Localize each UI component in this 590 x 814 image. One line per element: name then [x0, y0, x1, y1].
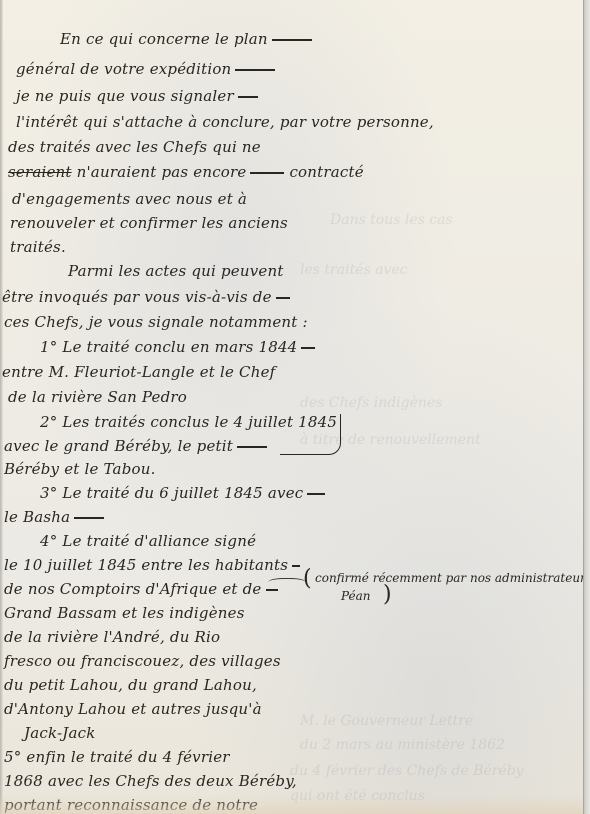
- line-text: contracté: [289, 163, 363, 181]
- letter-line: 1868 avec les Chefs des deux Béréby,: [4, 772, 297, 790]
- page-bottom-shade: [0, 795, 583, 814]
- line-text: général de votre expédition: [16, 60, 231, 78]
- bleed-through-text: Dans tous les cas: [330, 212, 453, 228]
- letter-line: En ce qui concerne le plan: [60, 30, 312, 48]
- letter-line: des traités avec les Chefs qui ne: [8, 138, 261, 156]
- line-text: je ne puis que vous signaler: [16, 87, 234, 105]
- letter-line: seraient n'auraient pas encore contracté: [8, 163, 364, 181]
- note-close-paren: ): [383, 582, 392, 607]
- letter-line: Béréby et le Tabou.: [4, 460, 156, 478]
- line-flourish: [307, 493, 325, 494]
- line-flourish: [250, 172, 284, 173]
- margin-note-line2: Péan: [341, 589, 371, 603]
- line-text: 1° Le traité conclu en mars 1844: [40, 338, 297, 356]
- letter-line: 3° Le traité du 6 juillet 1845 avec: [40, 484, 325, 502]
- line-text: être invoqués par vous vis-à-vis de: [2, 288, 272, 306]
- line-text: de nos Comptoirs d'Afrique et de: [4, 580, 262, 598]
- line-flourish: [74, 517, 104, 518]
- document-page: Dans tous les cas les traités avec des C…: [0, 0, 583, 814]
- letter-line: être invoqués par vous vis-à-vis de: [2, 288, 290, 306]
- line-text: 3° Le traité du 6 juillet 1845 avec: [40, 484, 303, 502]
- letter-line: je ne puis que vous signaler: [16, 87, 258, 105]
- letter-line: Jack-Jack: [24, 724, 96, 742]
- letter-line: 4° Le traité d'alliance signé: [40, 532, 256, 550]
- letter-line: Grand Bassam et les indigènes: [4, 604, 245, 622]
- line-flourish: [266, 589, 278, 590]
- line-flourish: [272, 39, 312, 40]
- line-flourish: [237, 446, 267, 447]
- line-flourish: [235, 69, 275, 70]
- line-text: avec le grand Béréby, le petit: [4, 437, 233, 455]
- note-open-paren: (: [303, 566, 312, 591]
- ink-bracket: [280, 414, 341, 455]
- line-flourish: [301, 347, 315, 348]
- bleed-through-text: du 2 mars au ministère 1862: [300, 737, 505, 753]
- line-flourish: [292, 565, 300, 566]
- letter-line: 1° Le traité conclu en mars 1844: [40, 338, 315, 356]
- letter-line: entre M. Fleuriot-Langle et le Chef: [2, 363, 275, 381]
- letter-line: d'engagements avec nous et à: [12, 190, 247, 208]
- bleed-through-text: les traités avec: [300, 262, 407, 278]
- line-flourish: [276, 297, 290, 298]
- letter-line: l'intérêt qui s'attache à conclure, par …: [16, 113, 434, 131]
- letter-line: avec le grand Béréby, le petit: [4, 437, 267, 455]
- line-text: En ce qui concerne le plan: [60, 30, 268, 48]
- page-left-edge: [0, 0, 3, 814]
- letter-line: le Basha: [4, 508, 104, 526]
- letter-line: d'Antony Lahou et autres jusqu'à: [4, 700, 262, 718]
- letter-line: le 10 juillet 1845 entre les habitants: [4, 556, 300, 574]
- line-text: n'auraient pas encore: [77, 163, 247, 181]
- page-right-edge: [583, 0, 590, 814]
- line-flourish: [238, 96, 258, 97]
- letter-line: de la rivière San Pedro: [8, 388, 187, 406]
- letter-line: général de votre expédition: [16, 60, 275, 78]
- line-text: le Basha: [4, 508, 70, 526]
- struck-word: seraient: [8, 163, 72, 181]
- margin-note: ( confirmé récemment par nos administrat…: [303, 568, 573, 610]
- letter-line: fresco ou franciscouez, des villages: [4, 652, 281, 670]
- bleed-through-text: du 4 février des Chefs de Béréby: [290, 763, 524, 779]
- letter-line: de la rivière l'André, du Rio: [4, 628, 220, 646]
- bleed-through-text: M. le Gouverneur Lettre: [300, 713, 473, 729]
- letter-line: traités.: [10, 238, 66, 256]
- letter-line: 5° enfin le traité du 4 février: [4, 748, 230, 766]
- letter-line: ces Chefs, je vous signale notamment :: [4, 313, 308, 331]
- letter-line: renouveler et confirmer les anciens: [10, 214, 288, 232]
- letter-line: de nos Comptoirs d'Afrique et de: [4, 580, 278, 598]
- margin-note-line1: confirmé récemment par nos administrateu…: [315, 571, 583, 585]
- bleed-through-text: des Chefs indigènes: [300, 395, 442, 411]
- note-connector-line: [268, 578, 306, 589]
- letter-line: du petit Lahou, du grand Lahou,: [4, 676, 257, 694]
- line-text: le 10 juillet 1845 entre les habitants: [4, 556, 288, 574]
- letter-line: Parmi les actes qui peuvent: [68, 262, 284, 280]
